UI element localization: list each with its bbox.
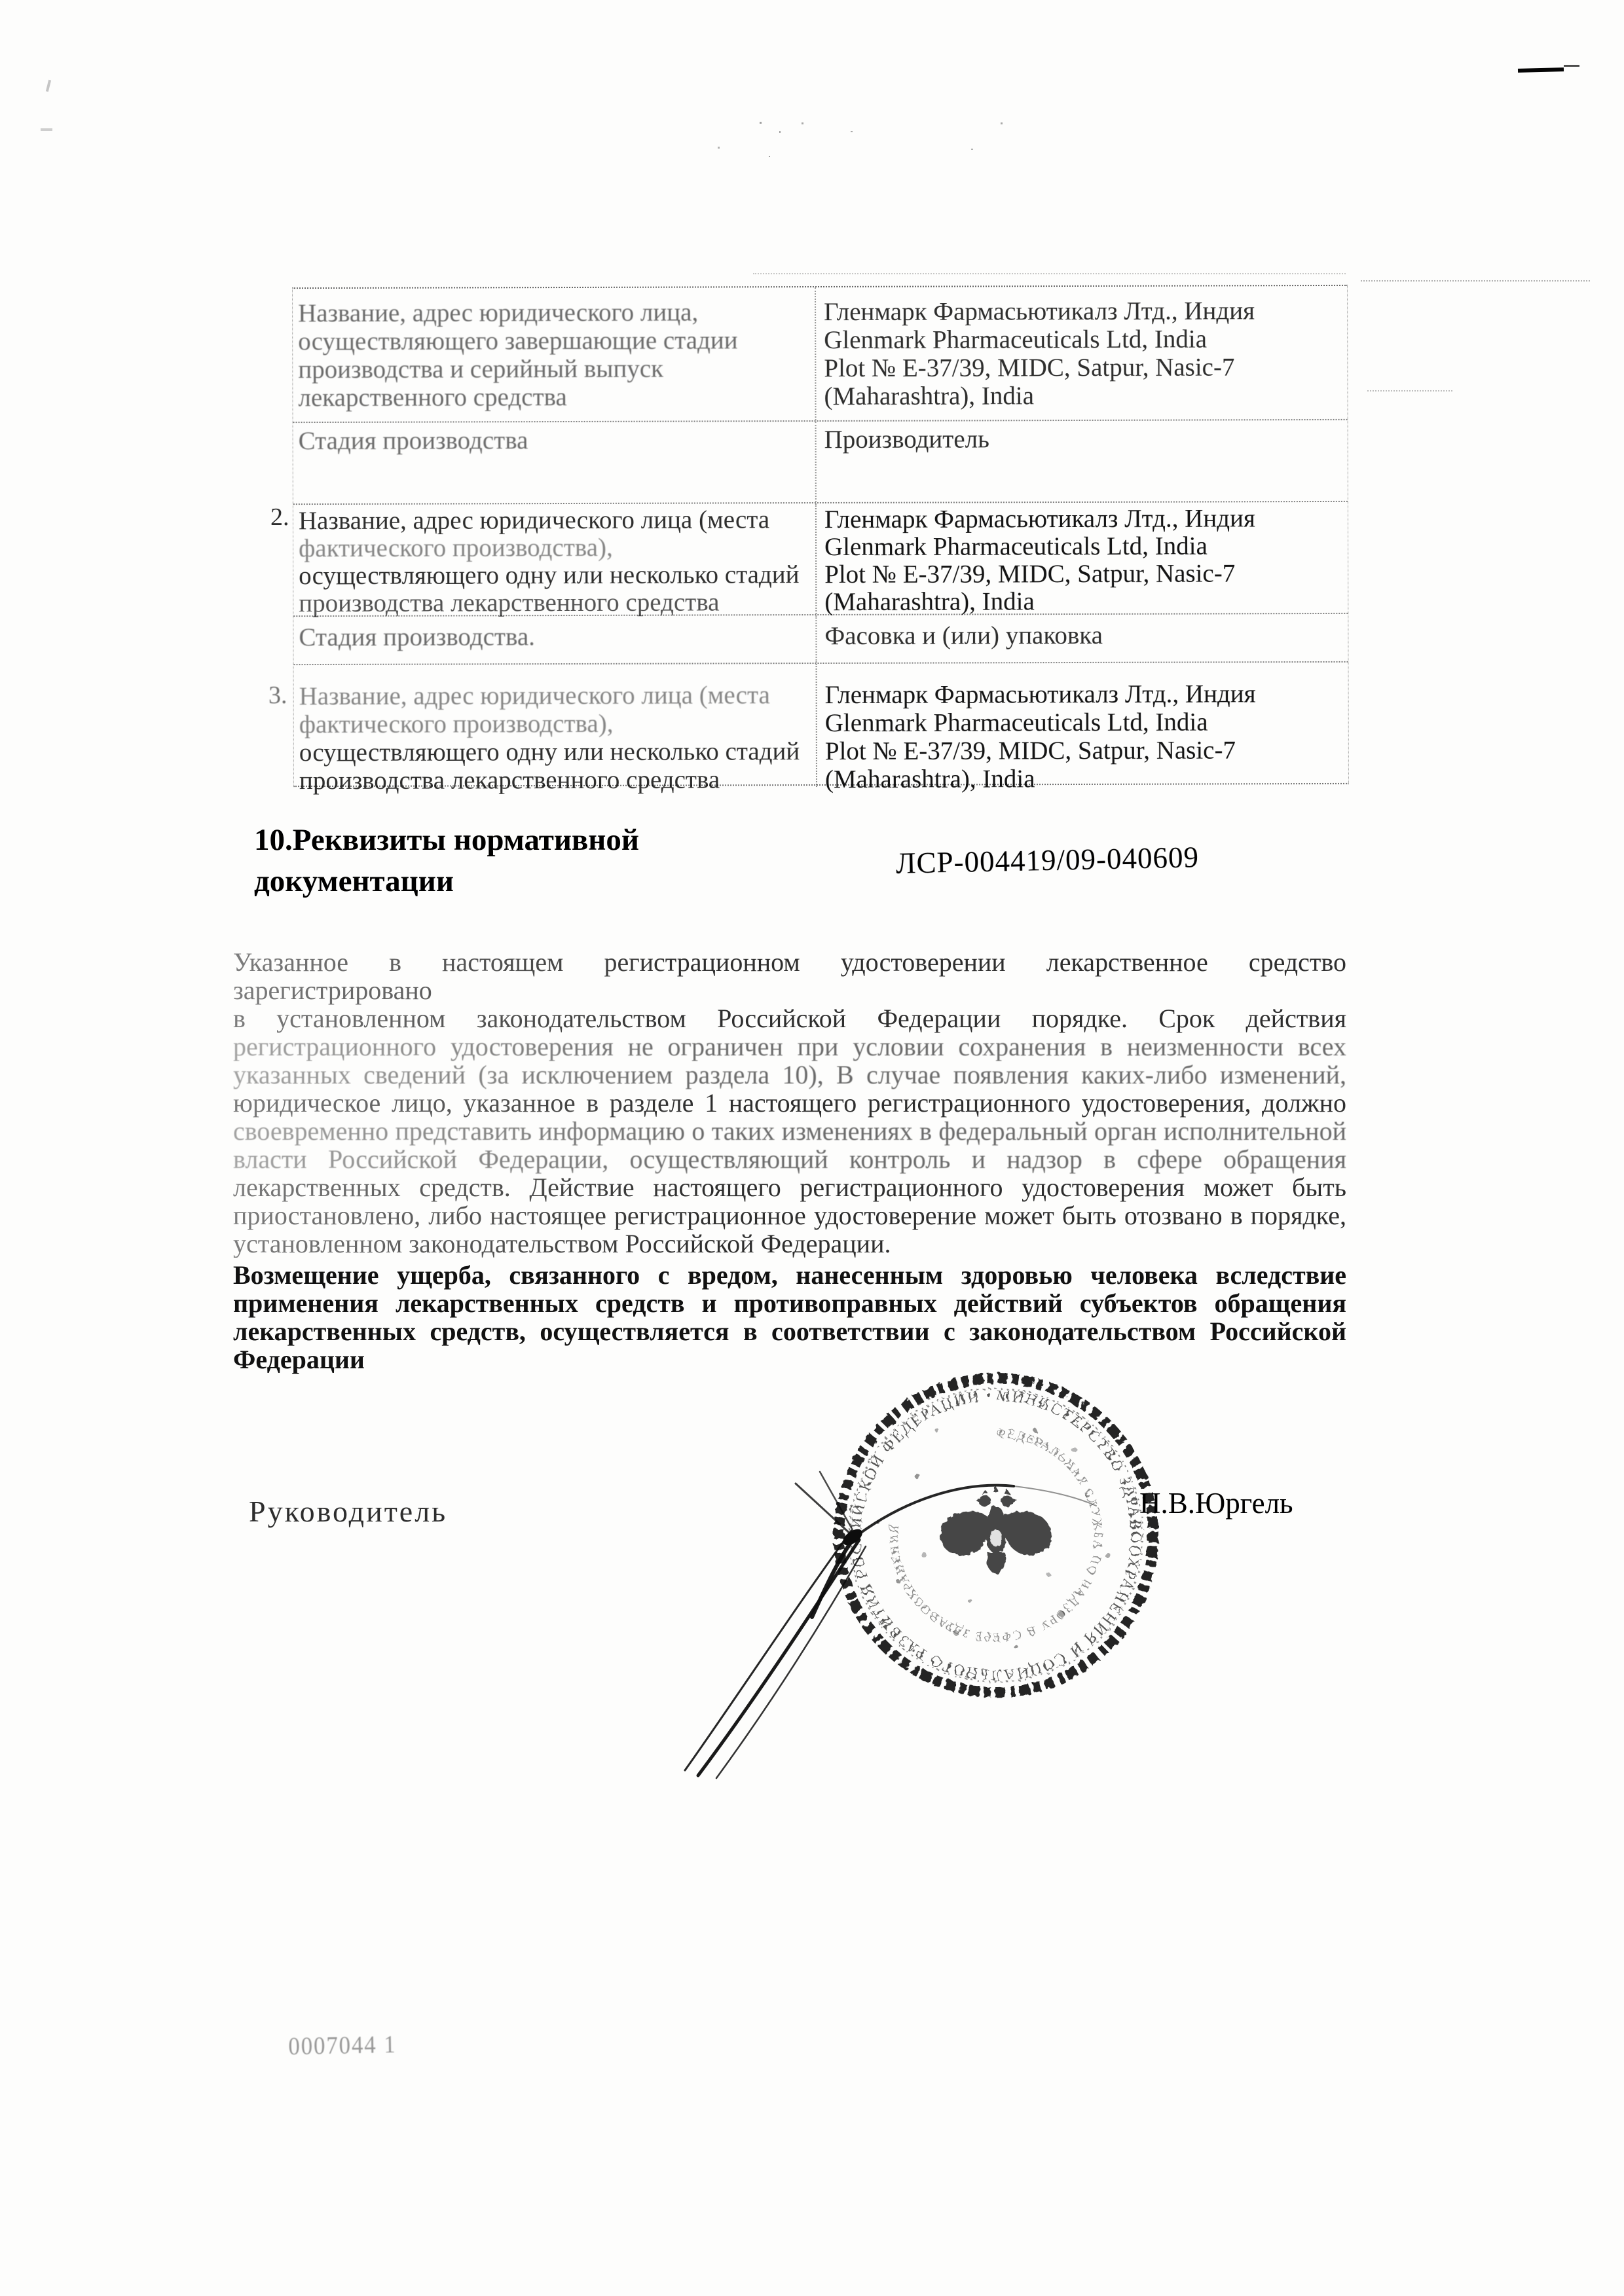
table-cell-label: Стадия производства [293, 422, 815, 503]
scan-ghost-line [1367, 390, 1452, 392]
scan-speck [802, 122, 803, 124]
scan-corner-dash [1518, 67, 1564, 73]
scan-corner-dash-fragment [1564, 65, 1579, 67]
compensation-paragraph: Возмещение ущерба, связанного с вредом, … [233, 1261, 1346, 1374]
table-cell-label: Название, адрес юридического лица (места… [293, 503, 815, 615]
table-cell-value: Гленмарк Фармасьютикалз Лтд., Индия Glen… [815, 286, 1348, 420]
signatory-role: Руководитель [249, 1494, 447, 1529]
row-number-2: 2. [270, 503, 289, 532]
table-row: Название, адрес юридического лица (места… [294, 661, 1348, 788]
scan-speck [46, 80, 51, 92]
section-10-heading: 10.Реквизиты нормативной документации [254, 820, 673, 902]
table-cell-value: Гленмарк Фармасьютикалз Лтд., Индия Glen… [816, 663, 1348, 787]
table-cell-value: Гленмарк Фармасьютикалз Лтд., Индия Glen… [815, 502, 1348, 614]
table-cell-label: Название, адрес юридического лица, осуще… [293, 287, 815, 422]
manufacturer-table: Название, адрес юридического лица, осуще… [292, 285, 1349, 787]
table-cell-label: Название, адрес юридического лица (места… [294, 664, 816, 788]
table-row: Название, адрес юридического лица, осуще… [293, 286, 1348, 422]
handwritten-signature [622, 1408, 1211, 1813]
scan-speck [1001, 122, 1003, 124]
scan-speck [41, 128, 52, 131]
registration-number: ЛСР-004419/09-040609 [896, 840, 1200, 881]
scanned-document-page: Название, адрес юридического лица, осуще… [0, 0, 1624, 2296]
scan-speck [779, 131, 781, 133]
scan-speck [718, 147, 720, 149]
footer-stamp-number: 0007044 1 [288, 2030, 397, 2061]
table-cell-value: Производитель [815, 420, 1348, 502]
table-row: Стадия производства Производитель [293, 419, 1348, 503]
scan-speck [760, 122, 762, 124]
table-cell-value: Фасовка и (или) упаковка [815, 614, 1348, 663]
scan-ghost-line [753, 273, 1346, 274]
table-row: Стадия производства. Фасовка и (или) упа… [293, 613, 1348, 664]
registration-terms-paragraph: Указанное в настоящем регистрационном уд… [233, 948, 1346, 1258]
scan-ghost-line [1361, 280, 1590, 282]
row-number-3: 3. [268, 681, 287, 710]
table-row: Название, адрес юридического лица (места… [293, 501, 1348, 615]
table-cell-label: Стадия производства. [293, 615, 815, 664]
scan-speck [851, 131, 853, 132]
scan-speck [971, 149, 973, 150]
scan-speck [769, 156, 770, 157]
